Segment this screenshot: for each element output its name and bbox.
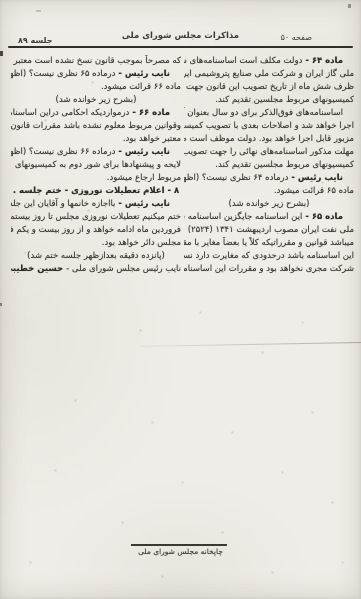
text-line: اساسنامه‌های فوق‌الذکر برای دو سال بعنوا… bbox=[184, 107, 354, 120]
line-lead-label: نایب رئیس - bbox=[288, 173, 343, 183]
line-lead-label: نایب رئیس - bbox=[115, 147, 170, 157]
text-line: (بشرح زیر خوانده شد) bbox=[11, 94, 181, 107]
text-line: لایحه و پیشنهادها برای شور دوم به کمیسیو… bbox=[11, 159, 181, 172]
footer-divider bbox=[131, 544, 227, 546]
text-line: فروردین ماه ادامه خواهد و از روز بیست و … bbox=[11, 224, 181, 237]
text-line: مزبور قابل اجرا خواهد بود. دولت موظف است… bbox=[184, 133, 354, 146]
text-line: کمیسیونهای مربوط مجلسین تقدیم کند. bbox=[184, 94, 354, 107]
text-line: نایب رئیس - درماده ۶۴ نظری نیست؟ (اظهاری… bbox=[184, 172, 354, 185]
text-line: نایب رئیس مجلس شورای ملی - حسین خطیبی bbox=[11, 263, 181, 276]
text-line: شرکت مجری نخواهد بود و مقررات این اساسنا… bbox=[184, 263, 354, 276]
line-lead-label: نایب رئیس - bbox=[115, 69, 170, 79]
text-line: میباشد قوانین و مقرراتیکه کلاً یا بعضاً … bbox=[184, 237, 354, 250]
printer-imprint: چاپخانه مجلس شورای ملی bbox=[0, 547, 361, 556]
text-line: (بشرح زیر خوانده شد) bbox=[184, 198, 354, 211]
text-line: ختم میکنیم تعطیلات نوروزی مجلس تا روز بی… bbox=[11, 211, 181, 224]
text-line: که مصرحاً بموجب قانون نسخ نشده است معتبر… bbox=[11, 55, 181, 68]
text-line: ملی گاز ایران و شرکت ملی صنایع پتروشیمی … bbox=[184, 68, 354, 81]
signature-name: حسین خطیبی bbox=[11, 264, 66, 274]
text-line: ماده ۶۴ - دولت مکلف است اساسنامه‌های شرک… bbox=[184, 55, 354, 68]
scan-artifact bbox=[348, 4, 351, 8]
text-line: ۸ - اعلام تعطیلات نوروزی - ختم جلسه . bbox=[11, 185, 181, 198]
column-first: ماده ۶۴ - دولت مکلف است اساسنامه‌های شرک… bbox=[184, 55, 354, 276]
text-line: مهلت مذکور اساسنامه‌های نهائی را جهت تصو… bbox=[184, 146, 354, 159]
text-line: ماده ۶۶ - درمواردیکه احکامی دراین اساسنا… bbox=[11, 107, 181, 120]
line-lead-label: ماده ۶۴ - bbox=[302, 56, 343, 66]
text-line: ظرف شش ماه از تاریخ تصویب این قانون جهت … bbox=[184, 81, 354, 94]
line-lead-label: نایب رئیس - bbox=[115, 199, 170, 209]
line-lead-label: ماده ۶۵ - bbox=[302, 212, 343, 222]
text-line: ماده ۶۶ قرائت میشود. bbox=[11, 81, 181, 94]
text-line: ماده ۶۵ قرائت میشود. bbox=[184, 185, 354, 198]
session-number-label: جلسه ۸۹ bbox=[18, 36, 53, 45]
column-second: که مصرحاً بموجب قانون نسخ نشده است معتبر… bbox=[11, 55, 181, 276]
page-title: مذاکرات مجلس شورای ملی bbox=[0, 31, 361, 41]
text-line: (پانزده دقیقه بعدازظهر جلسه ختم شد) bbox=[11, 250, 181, 263]
text-line: این اساسنامه باشد درحدودی که مغایرت دارد… bbox=[184, 250, 354, 263]
text-line: وقوانین مربوط معلوم نشده باشد مقررات قان… bbox=[11, 120, 181, 133]
scan-noise bbox=[0, 0, 1, 1]
text-line: مربوط ارجاع میشود. bbox=[11, 172, 181, 185]
scan-artifact bbox=[36, 10, 41, 12]
scan-artifact bbox=[0, 51, 3, 56]
text-line: نایب رئیس - درماده ۶۶ نظری نیست؟ (اظهاری… bbox=[11, 146, 181, 159]
text-line: ماده ۶۵ - این اساسنامه جایگزین اساسنامه … bbox=[184, 211, 354, 224]
scan-crease-artifact bbox=[140, 342, 361, 347]
header-divider bbox=[8, 46, 353, 48]
text-line: نایب رئیس - بااجازه خانمها و آقایان این … bbox=[11, 198, 181, 211]
text-line: کمیسیونهای مربوط مجلسین تقدیم کند. bbox=[184, 159, 354, 172]
text-line: اجرا خواهد شد و اصلاحات بعدی با تصویب کم… bbox=[184, 120, 354, 133]
text-line: ملی نفت ایران مصوب اردیبهشت ۱۳۴۱ (۲۵۲۴) bbox=[184, 224, 354, 237]
line-lead-label: ماده ۶۶ - bbox=[129, 108, 170, 118]
scanned-document-page: صفحه ۵۰ مذاکرات مجلس شورای ملی جلسه ۸۹ م… bbox=[0, 0, 361, 599]
scan-artifact bbox=[0, 303, 2, 306]
text-line: نایب رئیس - درماده ۶۵ نظری نیست؟ (اظهاری… bbox=[11, 68, 181, 81]
text-line: مجلس دائر خواهد بود. bbox=[11, 237, 181, 250]
text-line: معتبر خواهد بود. bbox=[11, 133, 181, 146]
